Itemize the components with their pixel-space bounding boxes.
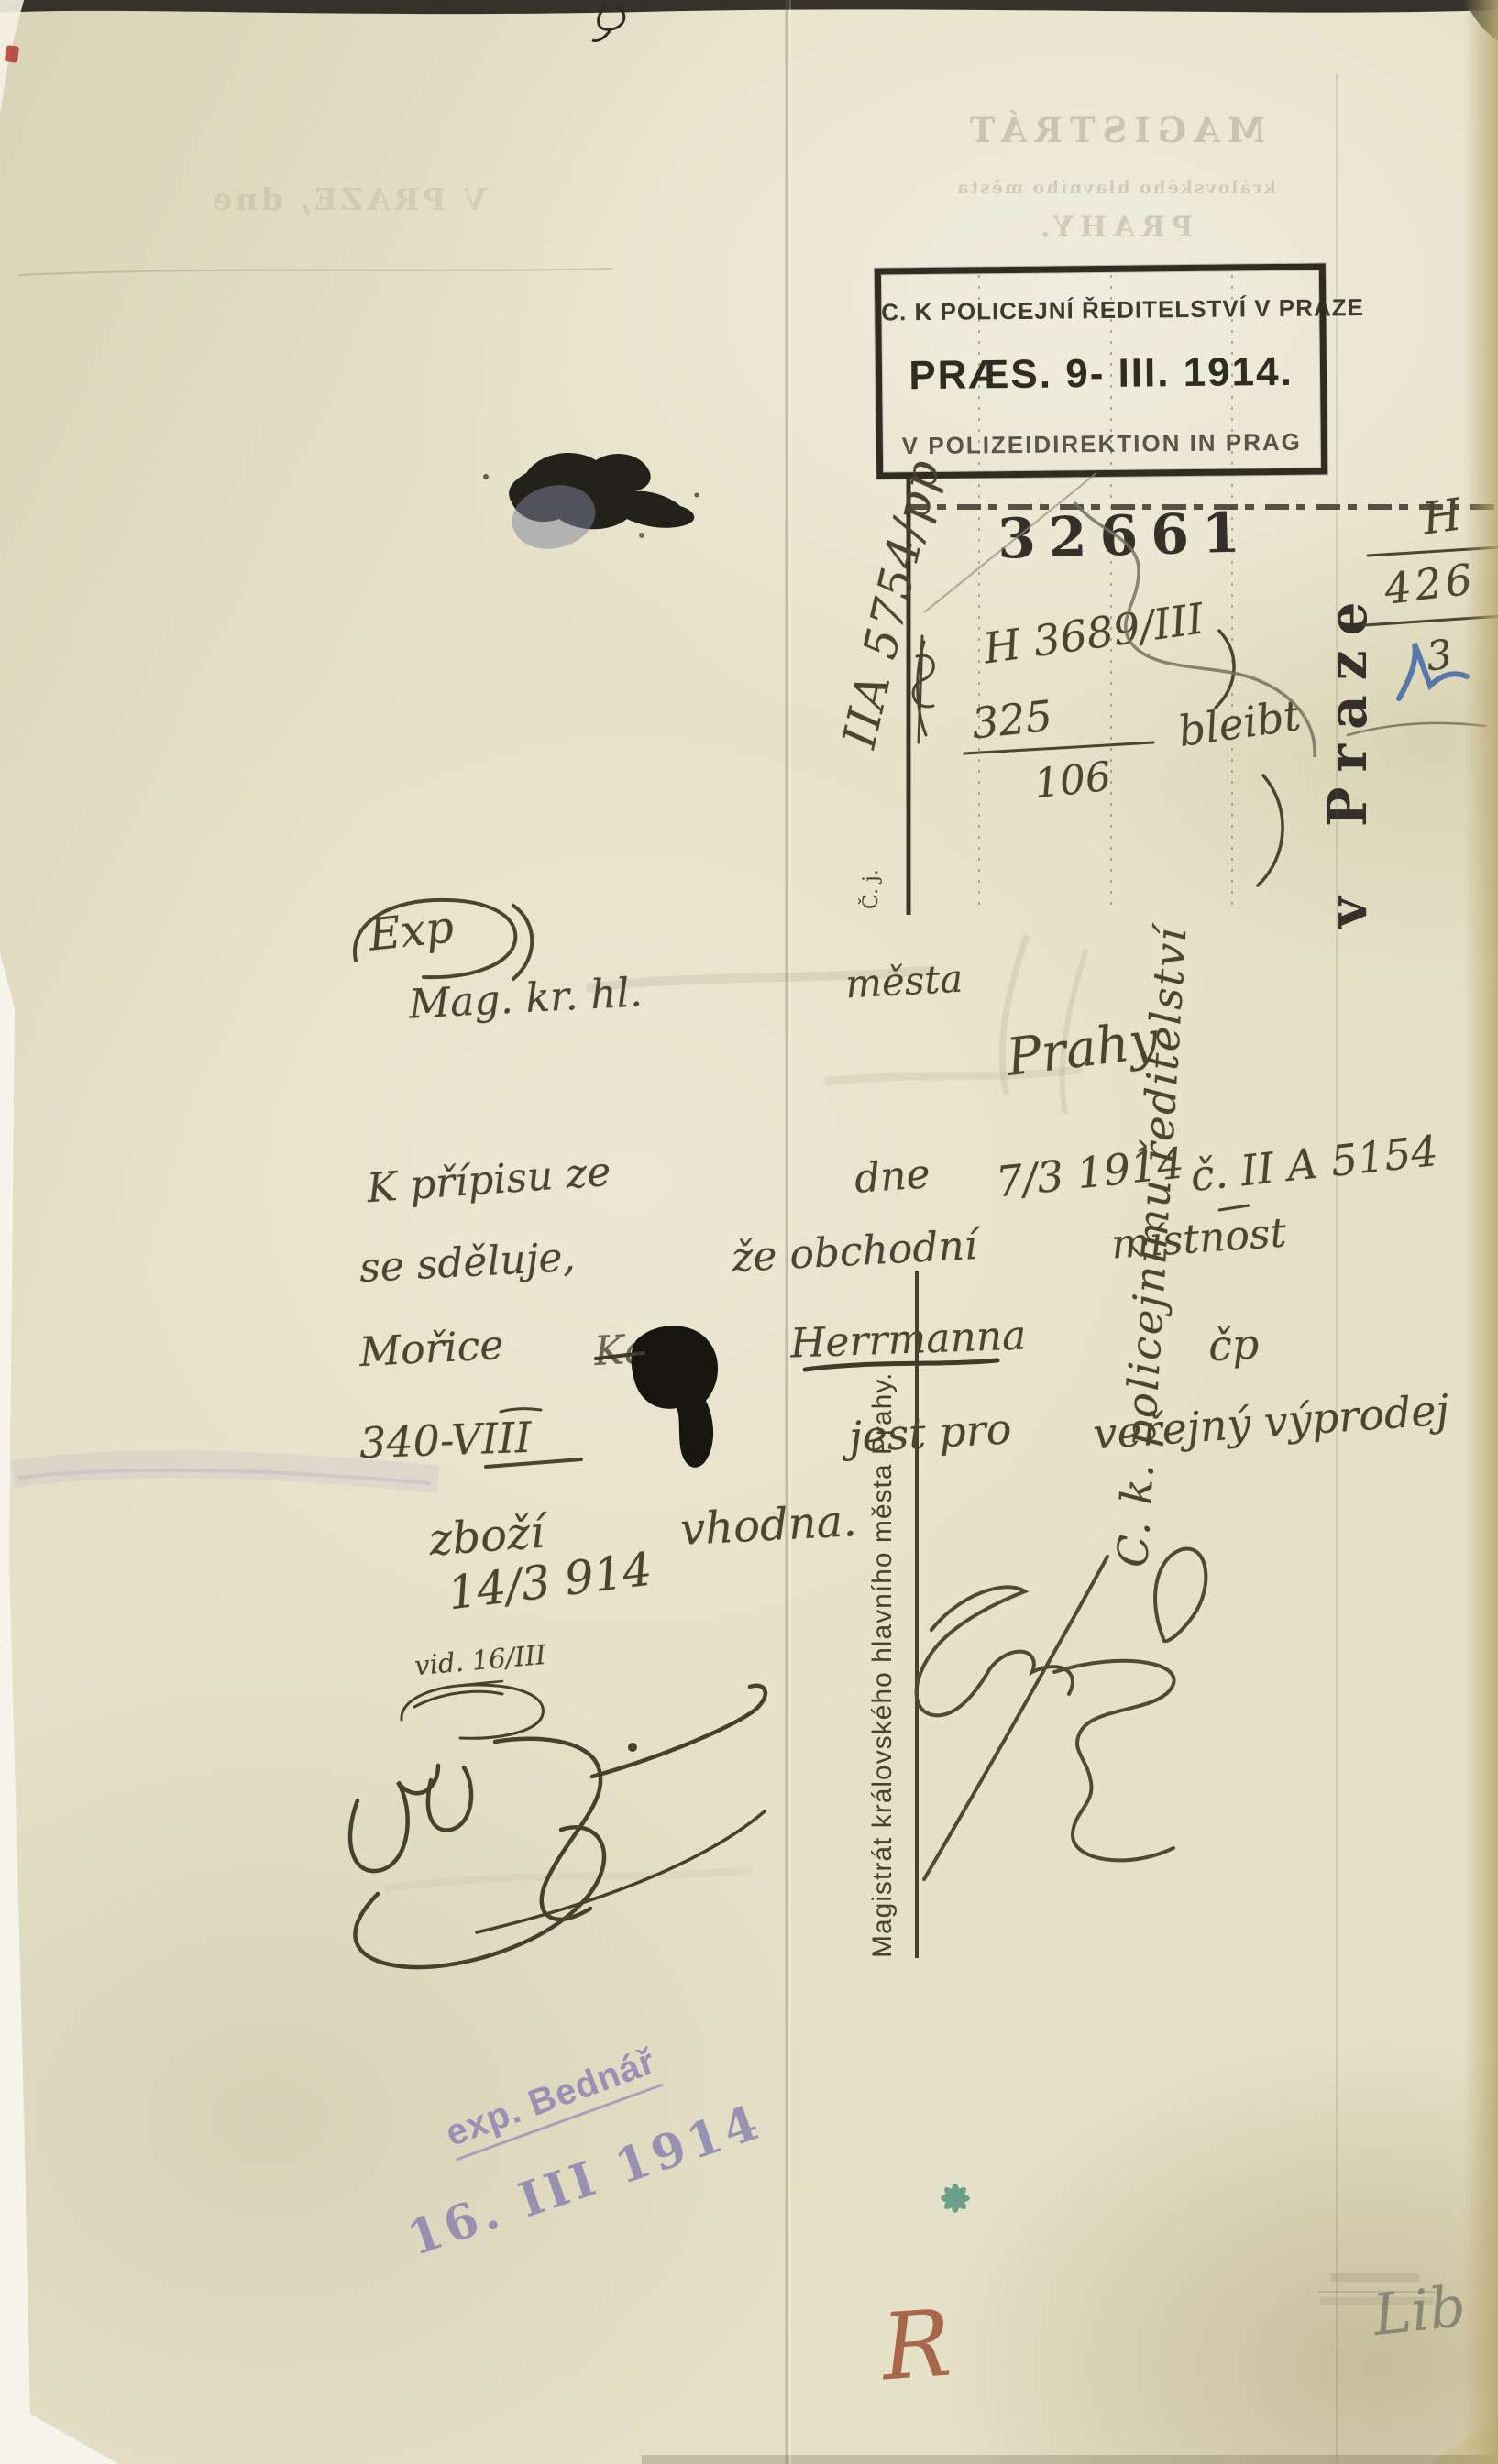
body-line2-a: se sděluje, (358, 1234, 577, 1292)
body-line1-b: dne (853, 1150, 931, 1203)
body-line5-b: vhodna. (679, 1495, 858, 1556)
body-line3-d: čp (1207, 1319, 1261, 1371)
stamp-line-1: C. K POLICEJNÍ ŘEDITELSTVÍ V PRAZE (881, 294, 1319, 327)
scanned-document-page: MAGISTRÁT královského hlavního města PRA… (0, 0, 1498, 2464)
magistrat-vertical-imprint: Magistrát královského hlavního města Pra… (867, 1261, 898, 1958)
body-line3-c: Herrmanna (789, 1313, 1027, 1368)
addressee-line-1: Mag. kr. hl. (408, 969, 644, 1028)
paraph-initials (917, 1548, 1206, 1879)
approval-scribble (402, 1685, 543, 1738)
body-line1-a: K přípisu ze (366, 1149, 612, 1212)
right-margin-h: H (1419, 489, 1464, 544)
red-letter-r: R (878, 2290, 954, 2402)
diagonal-file-reference: IIA 5754/pp (832, 454, 951, 753)
aged-right-edge (1463, 0, 1498, 2464)
signature-official (350, 1686, 766, 1967)
stamp-v-praze-vertical: v Praze (1316, 497, 1379, 928)
pencil-note: Lib (1370, 2272, 1469, 2348)
docket-number: 32661 (997, 500, 1253, 571)
bleedthrough-prahy: PRAHY. (1034, 211, 1193, 244)
right-margin-3: 3 (1424, 631, 1455, 680)
bleedthrough-magistrat: MAGISTRÁT (963, 110, 1265, 150)
stamp-line-3: V POLIZEIDIREKTION IN PRAG (883, 427, 1321, 460)
flourish-parens (355, 631, 1283, 979)
fraction-denominator: 106 (1032, 753, 1114, 808)
bleedthrough-v-praze-dne: V PRAZE, dne (209, 181, 487, 217)
bleedthrough-subtitle: královského hlavního města (955, 178, 1276, 198)
stamp-cj-label: Č. j. (860, 845, 883, 909)
torn-edge-left (0, 953, 31, 2464)
police-arrival-stamp: C. K POLICEJNÍ ŘEDITELSTVÍ V PRAZE PRÆS.… (875, 263, 1327, 478)
exp-note: Exp (366, 901, 456, 961)
body-line3-b-struck: Karla (593, 1323, 706, 1375)
vid-note: vid. 16/III (413, 1639, 547, 1681)
torn-corner-top-left (0, 0, 24, 114)
body-line2-b: že obchodní (731, 1222, 978, 1281)
ink-blot-top (483, 453, 699, 557)
red-edge-mark (5, 45, 19, 63)
top-edge (0, 0, 1498, 14)
stray-ink-mark (592, 4, 624, 41)
addressee-line-2: města (844, 956, 964, 1007)
green-rosette-stamp-icon (941, 2183, 970, 2213)
body-line3-a: Mořice (358, 1322, 505, 1376)
stamp-date-line: PRÆS. 9- III. 1914. (882, 348, 1320, 399)
h-reference: H 3689/III (980, 593, 1206, 673)
body-line4-a: 340-VIII (358, 1413, 533, 1468)
body-line1-d: č. II A 5154 (1188, 1126, 1440, 1201)
fraction-numerator: 325 (969, 691, 1054, 749)
